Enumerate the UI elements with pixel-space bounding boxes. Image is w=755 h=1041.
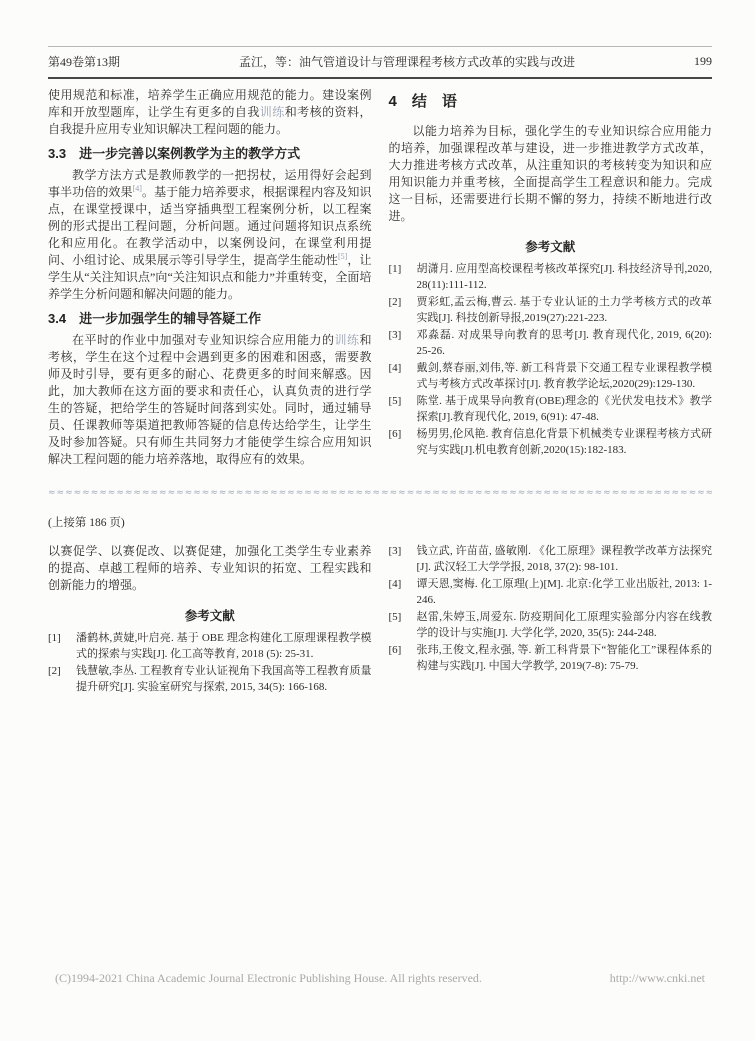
reference-item: [3] 邓淼磊. 对成果导向教育的思考[J]. 教育现代化, 2019, 6(2… xyxy=(389,327,713,359)
reference-number: [1] xyxy=(389,261,417,293)
two-column-section-continued: 以赛促学、以赛促改、以赛促建，加强化工类学生专业素养的提高、卓越工程师的培养、专… xyxy=(48,543,712,696)
section-3-3-paragraph: 教学方法方式是教师教学的一把拐杖，运用得好会起到事半功倍的效果[4]。基于能力培… xyxy=(48,167,372,303)
reference-number: [2] xyxy=(48,663,76,695)
column-left-continued: 以赛促学、以赛促改、以赛促建，加强化工类学生专业素养的提高、卓越工程师的培养、专… xyxy=(48,543,372,696)
column-right: 4 结 语 以能力培养为目标，强化学生的专业知识综合应用能力的培养，加强课程改革… xyxy=(389,87,713,468)
reference-text: 杨男男,伦风艳. 教育信息化背景下机械类专业课程考核方式研究与实践[J].机电教… xyxy=(417,426,713,458)
column-left: 使用规范和标准，培养学生正确应用规范的能力。建设案例库和开放型题库，让学生有更多… xyxy=(48,87,372,468)
section-4-heading: 4 结 语 xyxy=(389,91,713,113)
reference-text: 钱立武, 许苗苗, 盛敏刚. 《化工原理》课程教学改革方法探究[J]. 武汉轻工… xyxy=(417,543,713,575)
page-body: 使用规范和标准，培养学生正确应用规范的能力。建设案例库和开放型题库，让学生有更多… xyxy=(48,87,712,696)
reference-text: 张玮,王俊文,程永强, 等. 新工科背景下“智能化工”课程体系的构建与实践[J]… xyxy=(417,642,713,674)
reference-number: [6] xyxy=(389,426,417,458)
reference-number: [3] xyxy=(389,543,417,575)
reference-number: [4] xyxy=(389,576,417,608)
reference-text: 胡潇月. 应用型高校课程考核改革探究[J]. 科技经济导刊,2020, 28(1… xyxy=(417,261,713,293)
reference-text: 赵雷,朱婷玉,周爱东. 防疫期间化工原理实验部分内容在线教学的设计与实施[J].… xyxy=(417,609,713,641)
references-title-continued: 参考文献 xyxy=(48,606,372,624)
reference-item: [5] 陈堂. 基于成果导向教育(OBE)理念的《光伏发电技术》教学探索[J].… xyxy=(389,393,713,425)
page-header: 第49卷第13期 孟江，等：油气管道设计与管理课程考核方式改革的实践与改进 19… xyxy=(48,46,712,79)
journal-page: 第49卷第13期 孟江，等：油气管道设计与管理课程考核方式改革的实践与改进 19… xyxy=(0,0,755,1041)
reference-text: 戴剑,蔡春丽,刘伟,等. 新工科背景下交通工程专业课程教学模式与考核方式改革探讨… xyxy=(417,360,713,392)
page-footer: (C)1994-2021 China Academic Journal Elec… xyxy=(55,971,705,986)
reference-item: [4] 戴剑,蔡春丽,刘伟,等. 新工科背景下交通工程专业课程教学模式与考核方式… xyxy=(389,360,713,392)
section-divider-ornament: ≈≈≈≈≈≈≈≈≈≈≈≈≈≈≈≈≈≈≈≈≈≈≈≈≈≈≈≈≈≈≈≈≈≈≈≈≈≈≈≈… xyxy=(48,488,712,498)
column-right-continued: [3] 钱立武, 许苗苗, 盛敏刚. 《化工原理》课程教学改革方法探究[J]. … xyxy=(389,543,713,696)
two-column-section-main: 使用规范和标准，培养学生正确应用规范的能力。建设案例库和开放型题库，让学生有更多… xyxy=(48,87,712,468)
section-3-4-paragraph: 在平时的作业中加强对专业知识综合应用能力的训练和考核，学生在这个过程中会遇到更多… xyxy=(48,332,372,468)
volume-issue: 第49卷第13期 xyxy=(48,53,120,70)
reference-item: [6] 杨男男,伦风艳. 教育信息化背景下机械类专业课程考核方式研究与实践[J]… xyxy=(389,426,713,458)
reference-text: 贾彩虹,孟云梅,曹云. 基于专业认证的土力学考核方式的改革实践[J]. 科技创新… xyxy=(417,294,713,326)
running-title: 孟江，等：油气管道设计与管理课程考核方式改革的实践与改进 xyxy=(120,53,694,70)
reference-item: [2] 钱慧敏,李丛. 工程教育专业认证视角下我国高等工程教育质量提升研究[J]… xyxy=(48,663,372,695)
reference-text: 邓淼磊. 对成果导向教育的思考[J]. 教育现代化, 2019, 6(20): … xyxy=(417,327,713,359)
reference-text: 潘鹤林,黄婕,叶启亮. 基于 OBE 理念构建化工原理课程教学模式的探索与实践[… xyxy=(76,630,372,662)
reference-item: [1] 潘鹤林,黄婕,叶启亮. 基于 OBE 理念构建化工原理课程教学模式的探索… xyxy=(48,630,372,662)
reference-number: [2] xyxy=(389,294,417,326)
reference-text: 陈堂. 基于成果导向教育(OBE)理念的《光伏发电技术》教学探索[J].教育现代… xyxy=(417,393,713,425)
copyright-text: (C)1994-2021 China Academic Journal Elec… xyxy=(55,971,482,986)
paragraph-continuation: 使用规范和标准，培养学生正确应用规范的能力。建设案例库和开放型题库，让学生有更多… xyxy=(48,87,372,138)
reference-item: [6] 张玮,王俊文,程永强, 等. 新工科背景下“智能化工”课程体系的构建与实… xyxy=(389,642,713,674)
reference-number: [5] xyxy=(389,609,417,641)
section-4-paragraph: 以能力培养为目标，强化学生的专业知识综合应用能力的培养，加强课程改革与建设，进一… xyxy=(389,123,713,225)
reference-item: [1] 胡潇月. 应用型高校课程考核改革探究[J]. 科技经济导刊,2020, … xyxy=(389,261,713,293)
reference-number: [3] xyxy=(389,327,417,359)
reference-text: 谭天恩,窦梅. 化工原理(上)[M]. 北京:化学工业出版社, 2013: 1-… xyxy=(417,576,713,608)
reference-number: [4] xyxy=(389,360,417,392)
references-title: 参考文献 xyxy=(389,237,713,255)
page-number: 199 xyxy=(694,54,712,69)
reference-item: [5] 赵雷,朱婷玉,周爱东. 防疫期间化工原理实验部分内容在线教学的设计与实施… xyxy=(389,609,713,641)
reference-number: [1] xyxy=(48,630,76,662)
reference-item: [4] 谭天恩,窦梅. 化工原理(上)[M]. 北京:化学工业出版社, 2013… xyxy=(389,576,713,608)
continuation-note: (上接第 186 页) xyxy=(48,514,712,530)
reference-text: 钱慧敏,李丛. 工程教育专业认证视角下我国高等工程教育质量提升研究[J]. 实验… xyxy=(76,663,372,695)
reference-item: [2] 贾彩虹,孟云梅,曹云. 基于专业认证的土力学考核方式的改革实践[J]. … xyxy=(389,294,713,326)
cnki-url: http://www.cnki.net xyxy=(610,971,705,986)
section-3-3-heading: 3.3 进一步完善以案例教学为主的教学方式 xyxy=(48,144,372,163)
reference-number: [6] xyxy=(389,642,417,674)
section-3-4-heading: 3.4 进一步加强学生的辅导答疑工作 xyxy=(48,309,372,328)
reference-number: [5] xyxy=(389,393,417,425)
reference-item: [3] 钱立武, 许苗苗, 盛敏刚. 《化工原理》课程教学改革方法探究[J]. … xyxy=(389,543,713,575)
paragraph-continued: 以赛促学、以赛促改、以赛促建，加强化工类学生专业素养的提高、卓越工程师的培养、专… xyxy=(48,543,372,594)
